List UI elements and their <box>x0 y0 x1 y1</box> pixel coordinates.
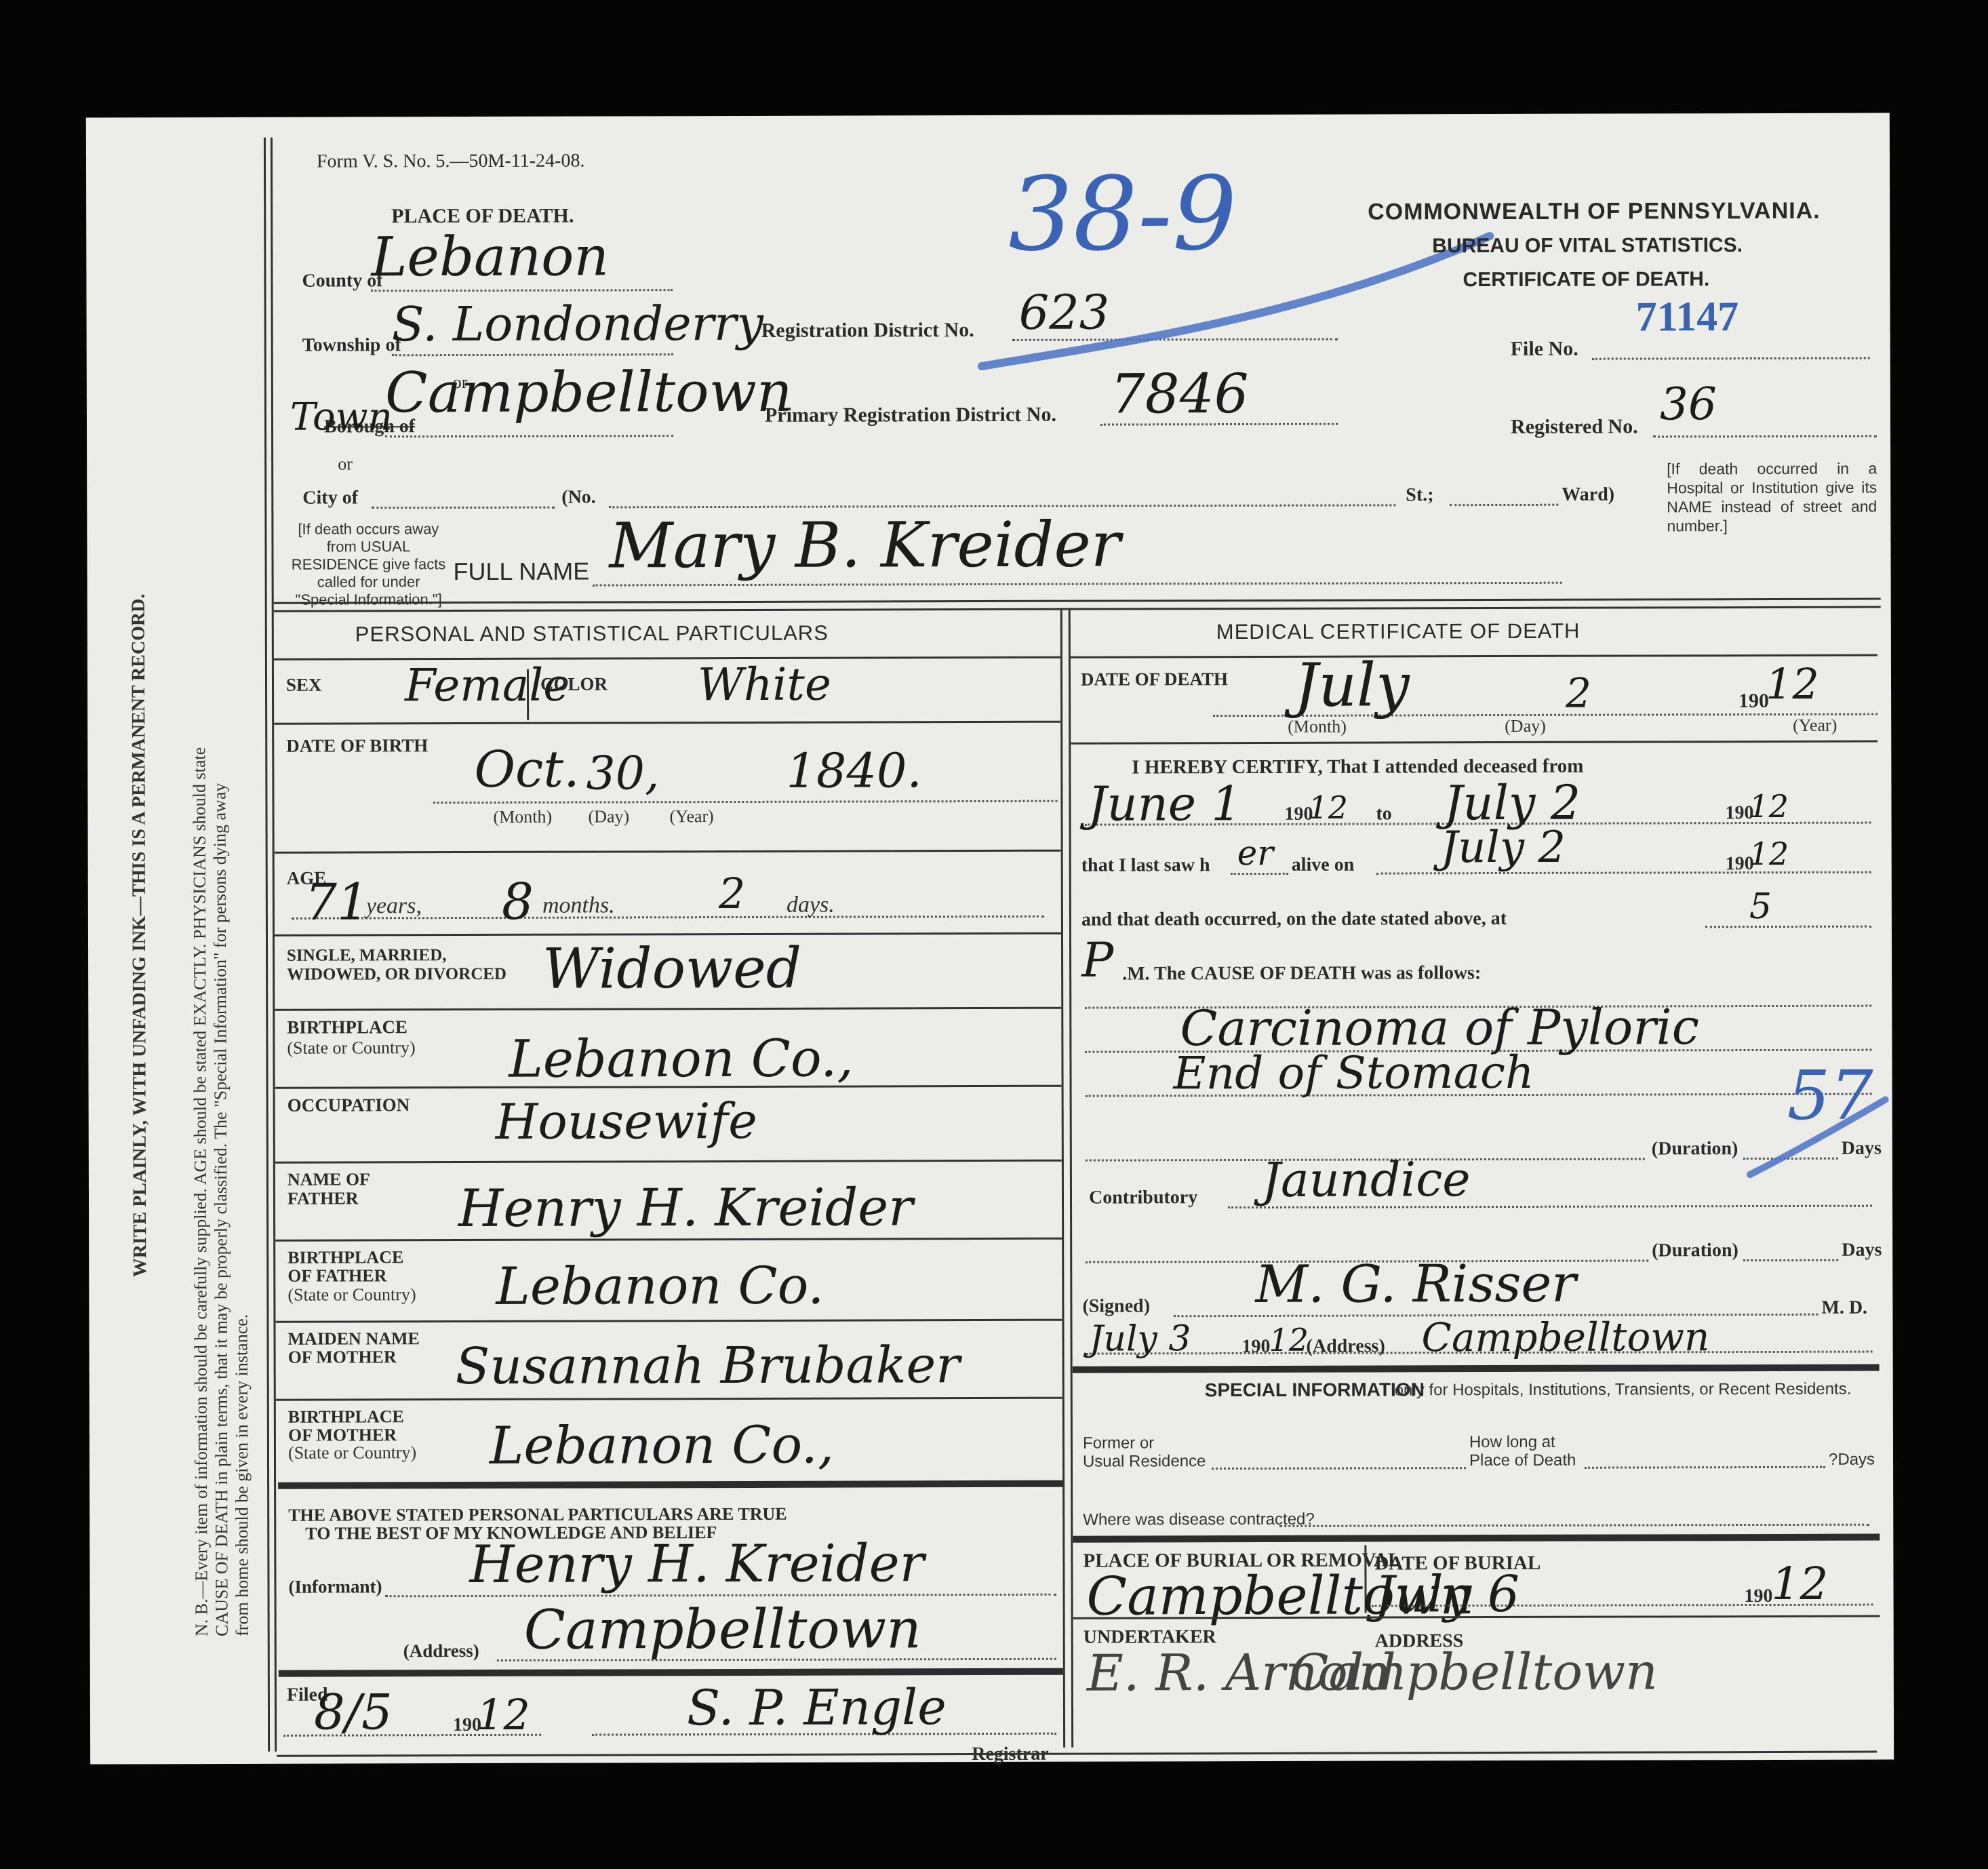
birthplace-value: Lebanon Co., <box>509 1028 853 1089</box>
signed-label: (Signed) <box>1082 1295 1150 1318</box>
county-value: Lebanon <box>371 224 609 288</box>
signed-date: July 3 <box>1089 1318 1191 1359</box>
dod-day-caption: (Day) <box>1505 716 1546 736</box>
undertaker-address-value: Campbelltown <box>1290 1642 1658 1701</box>
former-residence-label-1: Former or <box>1083 1434 1154 1453</box>
informant-address-value: Campbelltown <box>524 1597 921 1661</box>
row-line <box>275 932 1061 937</box>
dob-label: DATE OF BIRTH <box>286 734 428 758</box>
dob-line <box>433 800 1057 804</box>
last-saw-date: July 2 <box>1441 823 1566 873</box>
dob-day-caption: (Day) <box>588 806 629 827</box>
row-line <box>274 721 1060 725</box>
last-saw-year-suffix: 12 <box>1749 835 1789 872</box>
column-divider-1 <box>1060 608 1065 1748</box>
margin-rule <box>264 138 270 1752</box>
color-value: White <box>698 658 831 711</box>
occurred-text: and that death occurred, on the date sta… <box>1081 907 1507 932</box>
registered-no-line <box>1653 435 1877 438</box>
informant-address-label: (Address) <box>403 1639 479 1662</box>
days-label: days. <box>787 892 835 918</box>
mother-birthplace-value: Lebanon Co., <box>490 1415 834 1476</box>
burial-year-suffix: 12 <box>1771 1558 1828 1610</box>
how-long-label-1: How long at <box>1469 1433 1555 1452</box>
occupation-label: OCCUPATION <box>287 1093 410 1116</box>
margin-instruction-1: N. B.—Every item of information should b… <box>189 747 212 1636</box>
attended-to-year-suffix: 12 <box>1749 788 1789 825</box>
father-birthplace-hint: (State or Country) <box>287 1284 416 1305</box>
borough-line <box>385 435 673 437</box>
age-days: 2 <box>719 869 746 918</box>
physician-signature: M. G. Risser <box>1255 1253 1576 1314</box>
occupation-value: Housewife <box>496 1093 757 1150</box>
cause-duration-label: (Duration) <box>1652 1137 1738 1160</box>
marital-value: Widowed <box>542 937 801 1002</box>
row-line <box>1071 654 1877 658</box>
last-saw-label: that I last saw h <box>1081 854 1210 877</box>
margin-instruction-permanent: WRITE PLAINLY, WITH UNFADING INK—THIS IS… <box>128 594 152 1278</box>
md-label: M. D. <box>1821 1297 1867 1320</box>
row-line <box>275 1007 1061 1011</box>
row-line <box>275 1160 1062 1164</box>
registered-no-value: 36 <box>1660 378 1717 430</box>
father-birthplace-value: Lebanon Co. <box>496 1255 824 1316</box>
attended-from-date: June 1 <box>1088 776 1241 832</box>
date-of-death-label: DATE OF DEATH <box>1081 667 1228 691</box>
county-line <box>371 289 673 292</box>
city-line <box>372 507 555 509</box>
row-line <box>275 1319 1062 1323</box>
time-meridian: P <box>1081 932 1113 988</box>
divider-top-2 <box>274 606 1881 612</box>
filed-date: 8/5 <box>314 1683 393 1740</box>
margin-instruction-2: CAUSE OF DEATH in plain terms, that it m… <box>210 783 232 1636</box>
registrar-signature: S. P. Engle <box>687 1678 947 1736</box>
mother-label-2: OF MOTHER <box>288 1345 397 1369</box>
margin-instruction-3: from home should be given in every insta… <box>231 1314 252 1636</box>
column-divider-2 <box>1069 608 1073 1748</box>
ward-label: Ward) <box>1562 484 1614 507</box>
township-value: S. Londonderry <box>392 296 764 352</box>
months-label: months. <box>542 892 615 918</box>
how-long-label-2: Place of Death <box>1469 1451 1576 1470</box>
form-number: Form V. S. No. 5.—50M-11-24-08. <box>317 151 584 173</box>
years-label: years, <box>366 893 422 919</box>
special-info-title: SPECIAL INFORMATION <box>1205 1379 1425 1401</box>
birthplace-hint: (State or Country) <box>287 1038 415 1058</box>
dob-year-caption: (Year) <box>669 806 713 827</box>
dob-month: Oct. <box>474 741 580 799</box>
marital-label-2: WIDOWED, OR DIVORCED <box>287 963 506 987</box>
or-label-2: or <box>338 452 353 475</box>
date-of-death-year-prefix: 190 <box>1738 690 1769 713</box>
file-no-label: File No. <box>1511 338 1578 361</box>
informant-label: (Informant) <box>288 1575 382 1598</box>
death-certificate: WRITE PLAINLY, WITH UNFADING INK—THIS IS… <box>86 113 1894 1765</box>
dod-month-caption: (Month) <box>1288 717 1347 737</box>
certificate-title: CERTIFICATE OF DEATH. <box>1463 268 1709 292</box>
date-of-death-month: July <box>1294 650 1410 720</box>
father-label-2: FATHER <box>287 1187 359 1210</box>
time-line <box>1705 926 1871 928</box>
signed-address-value: Campbelltown <box>1421 1314 1709 1360</box>
registration-district-label: Registration District No. <box>761 319 974 342</box>
last-saw-pronoun: er <box>1237 833 1274 873</box>
medical-title: MEDICAL CERTIFICATE OF DEATH <box>1216 619 1581 644</box>
row-line <box>1071 741 1877 745</box>
burial-date-value: July 6 <box>1374 1565 1519 1624</box>
dob-month-caption: (Month) <box>493 807 552 827</box>
street-no-label: (No. <box>561 486 596 509</box>
hospital-note: [If death occurred in a Hospital or Inst… <box>1667 459 1877 536</box>
row-line <box>275 1238 1062 1242</box>
bottom-line <box>277 1751 1877 1757</box>
sex-color-divider <box>527 669 529 720</box>
contributory-value: Jaundice <box>1262 1152 1471 1208</box>
away-note: [If death occurs away from USUAL RESIDEN… <box>290 520 446 609</box>
former-residence-line <box>1212 1467 1466 1470</box>
city-label: City of <box>302 486 358 509</box>
bureau-title: BUREAU OF VITAL STATISTICS. <box>1432 234 1743 258</box>
ward-line <box>1450 504 1558 506</box>
mother-value: Susannah Brubaker <box>456 1336 960 1396</box>
contributory-label: Contributory <box>1089 1186 1197 1209</box>
pronoun-line <box>1231 873 1288 875</box>
blue-pencil-strike <box>968 209 1497 387</box>
full-name-value: Mary B. Kreider <box>609 508 1121 582</box>
mother-birthplace-hint: (State or Country) <box>288 1442 416 1463</box>
burial-year-prefix: 190 <box>1744 1585 1772 1608</box>
signed-address-label: (Address) <box>1307 1335 1385 1358</box>
file-number-stamp: 71147 <box>1636 293 1739 341</box>
sex-label: SEX <box>286 673 322 696</box>
borough-value: Campbelltown <box>385 360 793 426</box>
thick-divider <box>1073 1534 1880 1543</box>
township-line <box>392 353 673 356</box>
registered-no-label: Registered No. <box>1511 415 1638 438</box>
special-info-note: only for Hospitals, Institutions, Transi… <box>1395 1380 1883 1400</box>
cause-intro: .M. The CAUSE OF DEATH was as follows: <box>1122 962 1481 985</box>
borough-correction: Town <box>290 395 393 439</box>
dob-day: 30, <box>586 747 659 800</box>
signed-year-suffix: 12 <box>1269 1322 1309 1358</box>
birthplace-label: BIRTHPLACE <box>287 1015 407 1038</box>
primary-registration-label: Primary Registration District No. <box>765 404 1056 427</box>
full-name-line <box>593 582 1562 587</box>
signed-year-prefix: 190 <box>1242 1335 1271 1358</box>
age-months: 8 <box>502 873 534 931</box>
color-label: COLOR <box>540 672 608 695</box>
former-residence-label-2: Usual Residence <box>1083 1452 1206 1471</box>
divider-top-1 <box>274 598 1881 604</box>
disease-contracted-line <box>1279 1524 1869 1527</box>
blue-duration-stroke <box>1743 1090 1892 1185</box>
thick-divider <box>278 1480 1062 1489</box>
contrib-duration-line <box>1743 1259 1838 1261</box>
margin-rule-inner <box>271 138 277 1752</box>
how-long-line <box>1585 1466 1825 1469</box>
time-hour: 5 <box>1749 886 1772 927</box>
to-label: to <box>1376 802 1391 825</box>
age-years: 71 <box>305 873 369 931</box>
row-line <box>274 656 1060 661</box>
thick-divider <box>1073 1364 1880 1373</box>
informant-value: Henry H. Kreider <box>469 1533 924 1594</box>
attended-from-year-suffix: 12 <box>1308 789 1348 826</box>
alive-on-label: alive on <box>1292 854 1355 877</box>
st-label: St.; <box>1406 484 1433 507</box>
street-line <box>609 504 1395 508</box>
date-of-death-year-suffix: 12 <box>1766 659 1819 709</box>
row-line <box>275 850 1061 854</box>
how-long-days: ?Days <box>1829 1451 1875 1470</box>
cause-value-2: End of Stomach <box>1173 1046 1534 1099</box>
dob-year: 1840. <box>786 743 922 799</box>
filed-year-suffix: 12 <box>477 1690 530 1739</box>
personal-title: PERSONAL AND STATISTICAL PARTICULARS <box>355 621 829 647</box>
father-value: Henry H. Kreider <box>458 1177 913 1238</box>
township-label: Township of <box>302 334 401 357</box>
contrib-days-label: Days <box>1842 1239 1882 1262</box>
dod-year-caption: (Year) <box>1793 715 1837 736</box>
row-line <box>276 1397 1062 1401</box>
contrib-duration-label: (Duration) <box>1652 1239 1738 1262</box>
commonwealth-title: COMMONWEALTH OF PENNSYLVANIA. <box>1368 198 1821 226</box>
date-of-death-day: 2 <box>1566 670 1591 717</box>
thick-divider <box>279 1668 1063 1677</box>
file-no-line <box>1592 357 1870 360</box>
full-name-label: FULL NAME <box>454 557 590 587</box>
